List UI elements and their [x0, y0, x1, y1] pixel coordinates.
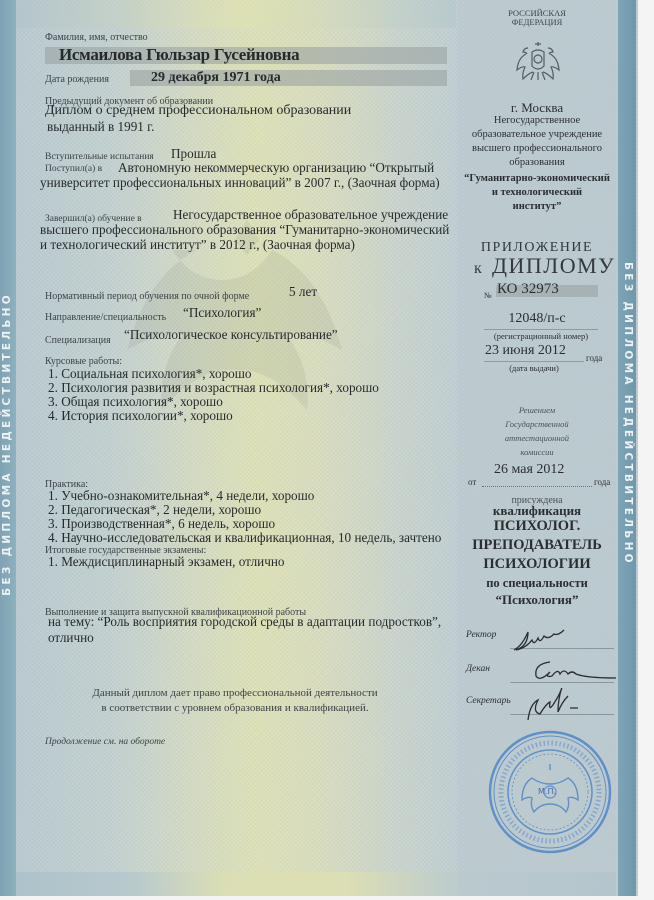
- rector-label: Ректор: [466, 630, 496, 640]
- institution-line2: образовательное учреждение: [458, 128, 616, 141]
- practice-item: 2. Педагогическая*, 2 недели, хорошо: [48, 503, 441, 517]
- enrolled-line1: Автономную некоммерческую организацию “О…: [118, 160, 434, 176]
- commission-date-line: [482, 486, 592, 487]
- commission-line3: аттестационной: [458, 433, 616, 443]
- coursework-item: 3. Общая психология*, хорошо: [48, 395, 379, 409]
- completed-line1: Негосударственное образовательное учрежд…: [173, 207, 448, 223]
- commission-date: 26 мая 2012: [494, 462, 564, 478]
- issue-date: 23 июня 2012: [485, 343, 566, 359]
- secretary-signature-icon: [522, 688, 592, 724]
- period-value: 5 лет: [289, 284, 317, 300]
- prev-doc-line2: выданный в 1991 г.: [47, 119, 154, 135]
- reg-number-caption: (регистрационный номер): [484, 329, 598, 341]
- institution-line1: Негосударственное: [458, 114, 616, 127]
- specialization-label: Специализация: [45, 335, 111, 346]
- birth-date: 29 декабря 1971 года: [151, 70, 281, 86]
- qualification-line2: ПРЕПОДАВАТЕЛЬ: [458, 537, 616, 554]
- coursework-list: 1. Социальная психология*, хорошо 2. Пси…: [48, 367, 379, 423]
- qualification-line1: ПСИХОЛОГ.: [458, 518, 616, 535]
- direction-value: “Психология”: [183, 305, 261, 321]
- commission-line1: Решением: [458, 405, 616, 415]
- coursework-item: 1. Социальная психология*, хорошо: [48, 367, 379, 381]
- commission-from: от: [468, 477, 476, 487]
- institution-name3: институт”: [458, 200, 616, 213]
- completed-line2: высшего профессионального образования “Г…: [40, 222, 449, 238]
- issue-date-suffix: года: [586, 353, 602, 363]
- institution-line4: образования: [458, 156, 616, 169]
- final-exams-list: 1. Междисциплинарный экзамен, отлично: [48, 555, 285, 569]
- top-band: [16, 0, 456, 28]
- issue-date-caption: (дата выдачи): [484, 361, 584, 373]
- dean-signature-icon: [528, 656, 618, 686]
- secretary-label: Секретарь: [466, 696, 511, 706]
- enrolled-line2: университет профессиональных инноваций” …: [40, 175, 440, 191]
- security-strip-left-text: БЕЗ ДИПЛОМА НЕДЕЙСТВИТЕЛЬНО: [1, 292, 13, 596]
- institution-name1: “Гуманитарно-экономический: [458, 172, 616, 185]
- completed-line3: и технологический институт” в 2012 г., (…: [40, 237, 355, 253]
- appendix-title2: ДИПЛОМУ: [492, 253, 615, 279]
- coursework-item: 2. Психология развития и возрастная псих…: [48, 381, 379, 395]
- period-label: Нормативный период обучения по очной фор…: [45, 291, 249, 302]
- thesis-grade: отлично: [48, 630, 94, 646]
- reg-number: 12048/п-с: [458, 311, 616, 327]
- qualification-label: квалификация: [458, 503, 616, 519]
- institution-line3: высшего профессионального: [458, 142, 616, 155]
- direction-label: Направление/специальность: [45, 312, 166, 323]
- final-exam-item: 1. Междисциплинарный экзамен, отлично: [48, 555, 285, 569]
- enrolled-label: Поступил(а) в: [45, 164, 102, 174]
- full-name: Исмаилова Гюльзар Гусейновна: [59, 45, 299, 65]
- diploma-number: КО 32973: [497, 281, 559, 298]
- specialization-value: “Психологическое консультирование”: [124, 327, 338, 343]
- rights-note-line1: Данный диплом дает право профессионально…: [40, 687, 430, 699]
- rights-note-line2: в соответствии с уровнем образования и к…: [40, 702, 430, 714]
- seal-label: М.П.: [538, 787, 556, 796]
- full-name-label: Фамилия, имя, отчество: [45, 32, 148, 43]
- specialty-label: по специальности: [458, 576, 616, 591]
- number-sign: №: [484, 291, 492, 300]
- specialty-value: “Психология”: [458, 592, 616, 607]
- qualification-line3: ПСИХОЛОГИИ: [458, 556, 616, 573]
- dean-label: Декан: [466, 664, 490, 674]
- commission-line2: Государственной: [458, 419, 616, 429]
- coursework-item: 4. История психологии*, хорошо: [48, 409, 379, 423]
- practice-item: 3. Производственная*, 6 недель, хорошо: [48, 517, 441, 531]
- institution-name2: и технологический: [458, 186, 616, 199]
- commission-line4: комиссии: [458, 447, 616, 457]
- commission-date-suffix: года: [594, 477, 610, 487]
- double-headed-eagle-icon: [514, 38, 562, 86]
- appendix-title-k: к: [474, 260, 482, 278]
- thesis-topic: на тему: “Роль восприятия городской сред…: [48, 614, 441, 630]
- prev-doc-line1: Диплом о среднем профессиональном образо…: [45, 103, 351, 119]
- practice-item: 4. Научно-исследовательская и квалификац…: [48, 531, 441, 545]
- birth-date-label: Дата рождения: [45, 74, 109, 85]
- practice-list: 1. Учебно-ознакомительная*, 4 недели, хо…: [48, 489, 441, 545]
- rector-signature-icon: [510, 628, 580, 654]
- continuation-note: Продолжение см. на обороте: [45, 737, 165, 747]
- country-line2: ФЕДЕРАЦИЯ: [458, 17, 616, 27]
- security-strip-right-text: БЕЗ ДИПЛОМА НЕДЕЙСТВИТЕЛЬНО: [622, 262, 634, 566]
- practice-item: 1. Учебно-ознакомительная*, 4 недели, хо…: [48, 489, 441, 503]
